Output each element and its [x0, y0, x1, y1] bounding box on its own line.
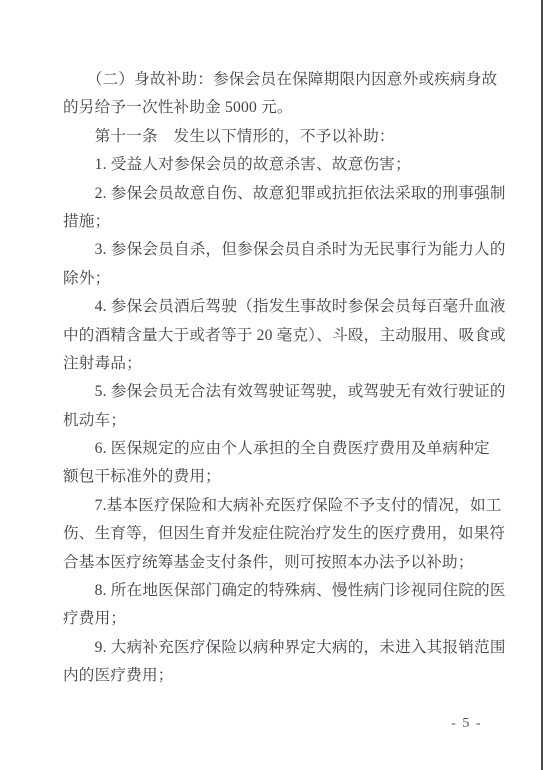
text-line: 第十一条 发生以下情形的，不予以补助： — [63, 123, 506, 151]
text-line: 中的酒精含量大于或者等于 20 毫克）、斗殴，主动服用、吸食或 — [63, 322, 506, 350]
page-number: - 5 - — [451, 712, 482, 736]
text-line: 6. 医保规定的应由个人承担的全自费医疗费用及单病种定 — [63, 435, 506, 463]
text-line: 内的医疗费用； — [63, 662, 506, 690]
document-text-block: （二）身故补助：参保会员在保障期限内因意外或疾病身故的另给予一次性补助金 500… — [63, 66, 506, 691]
text-line: 注射毒品； — [63, 350, 506, 378]
text-line: 除外； — [63, 265, 506, 293]
text-line: 额包干标准外的费用； — [63, 463, 506, 491]
text-line: 2. 参保会员故意自伤、故意犯罪或抗拒依法采取的刑事强制 — [63, 180, 506, 208]
text-line: 合基本医疗统筹基金支付条件，则可按照本办法予以补助； — [63, 549, 506, 577]
text-line: 1. 受益人对参保会员的故意杀害、故意伤害； — [63, 151, 506, 179]
text-line: 9. 大病补充医疗保险以病种界定大病的，未进入其报销范围 — [63, 634, 506, 662]
text-line: 7.基本医疗保险和大病补充医疗保险不予支付的情况，如工 — [63, 492, 506, 520]
text-line: 机动车； — [63, 407, 506, 435]
text-line: 措施； — [63, 208, 506, 236]
scan-edge-line — [541, 0, 543, 770]
text-line: 8. 所在地医保部门确定的特殊病、慢性病门诊视同住院的医 — [63, 577, 506, 605]
text-line: 4. 参保会员酒后驾驶（指发生事故时参保会员每百毫升血液 — [63, 293, 506, 321]
text-line: 的另给予一次性补助金 5000 元。 — [63, 94, 506, 122]
text-line: 5. 参保会员无合法有效驾驶证驾驶，或驾驶无有效行驶证的 — [63, 378, 506, 406]
scanned-document-page: （二）身故补助：参保会员在保障期限内因意外或疾病身故的另给予一次性补助金 500… — [0, 0, 546, 770]
text-line: 3. 参保会员自杀，但参保会员自杀时为无民事行为能力人的 — [63, 236, 506, 264]
text-line: 疗费用； — [63, 605, 506, 633]
text-line: （二）身故补助：参保会员在保障期限内因意外或疾病身故 — [63, 66, 506, 94]
text-line: 伤、生育等，但因生育并发症住院治疗发生的医疗费用，如果符 — [63, 520, 506, 548]
